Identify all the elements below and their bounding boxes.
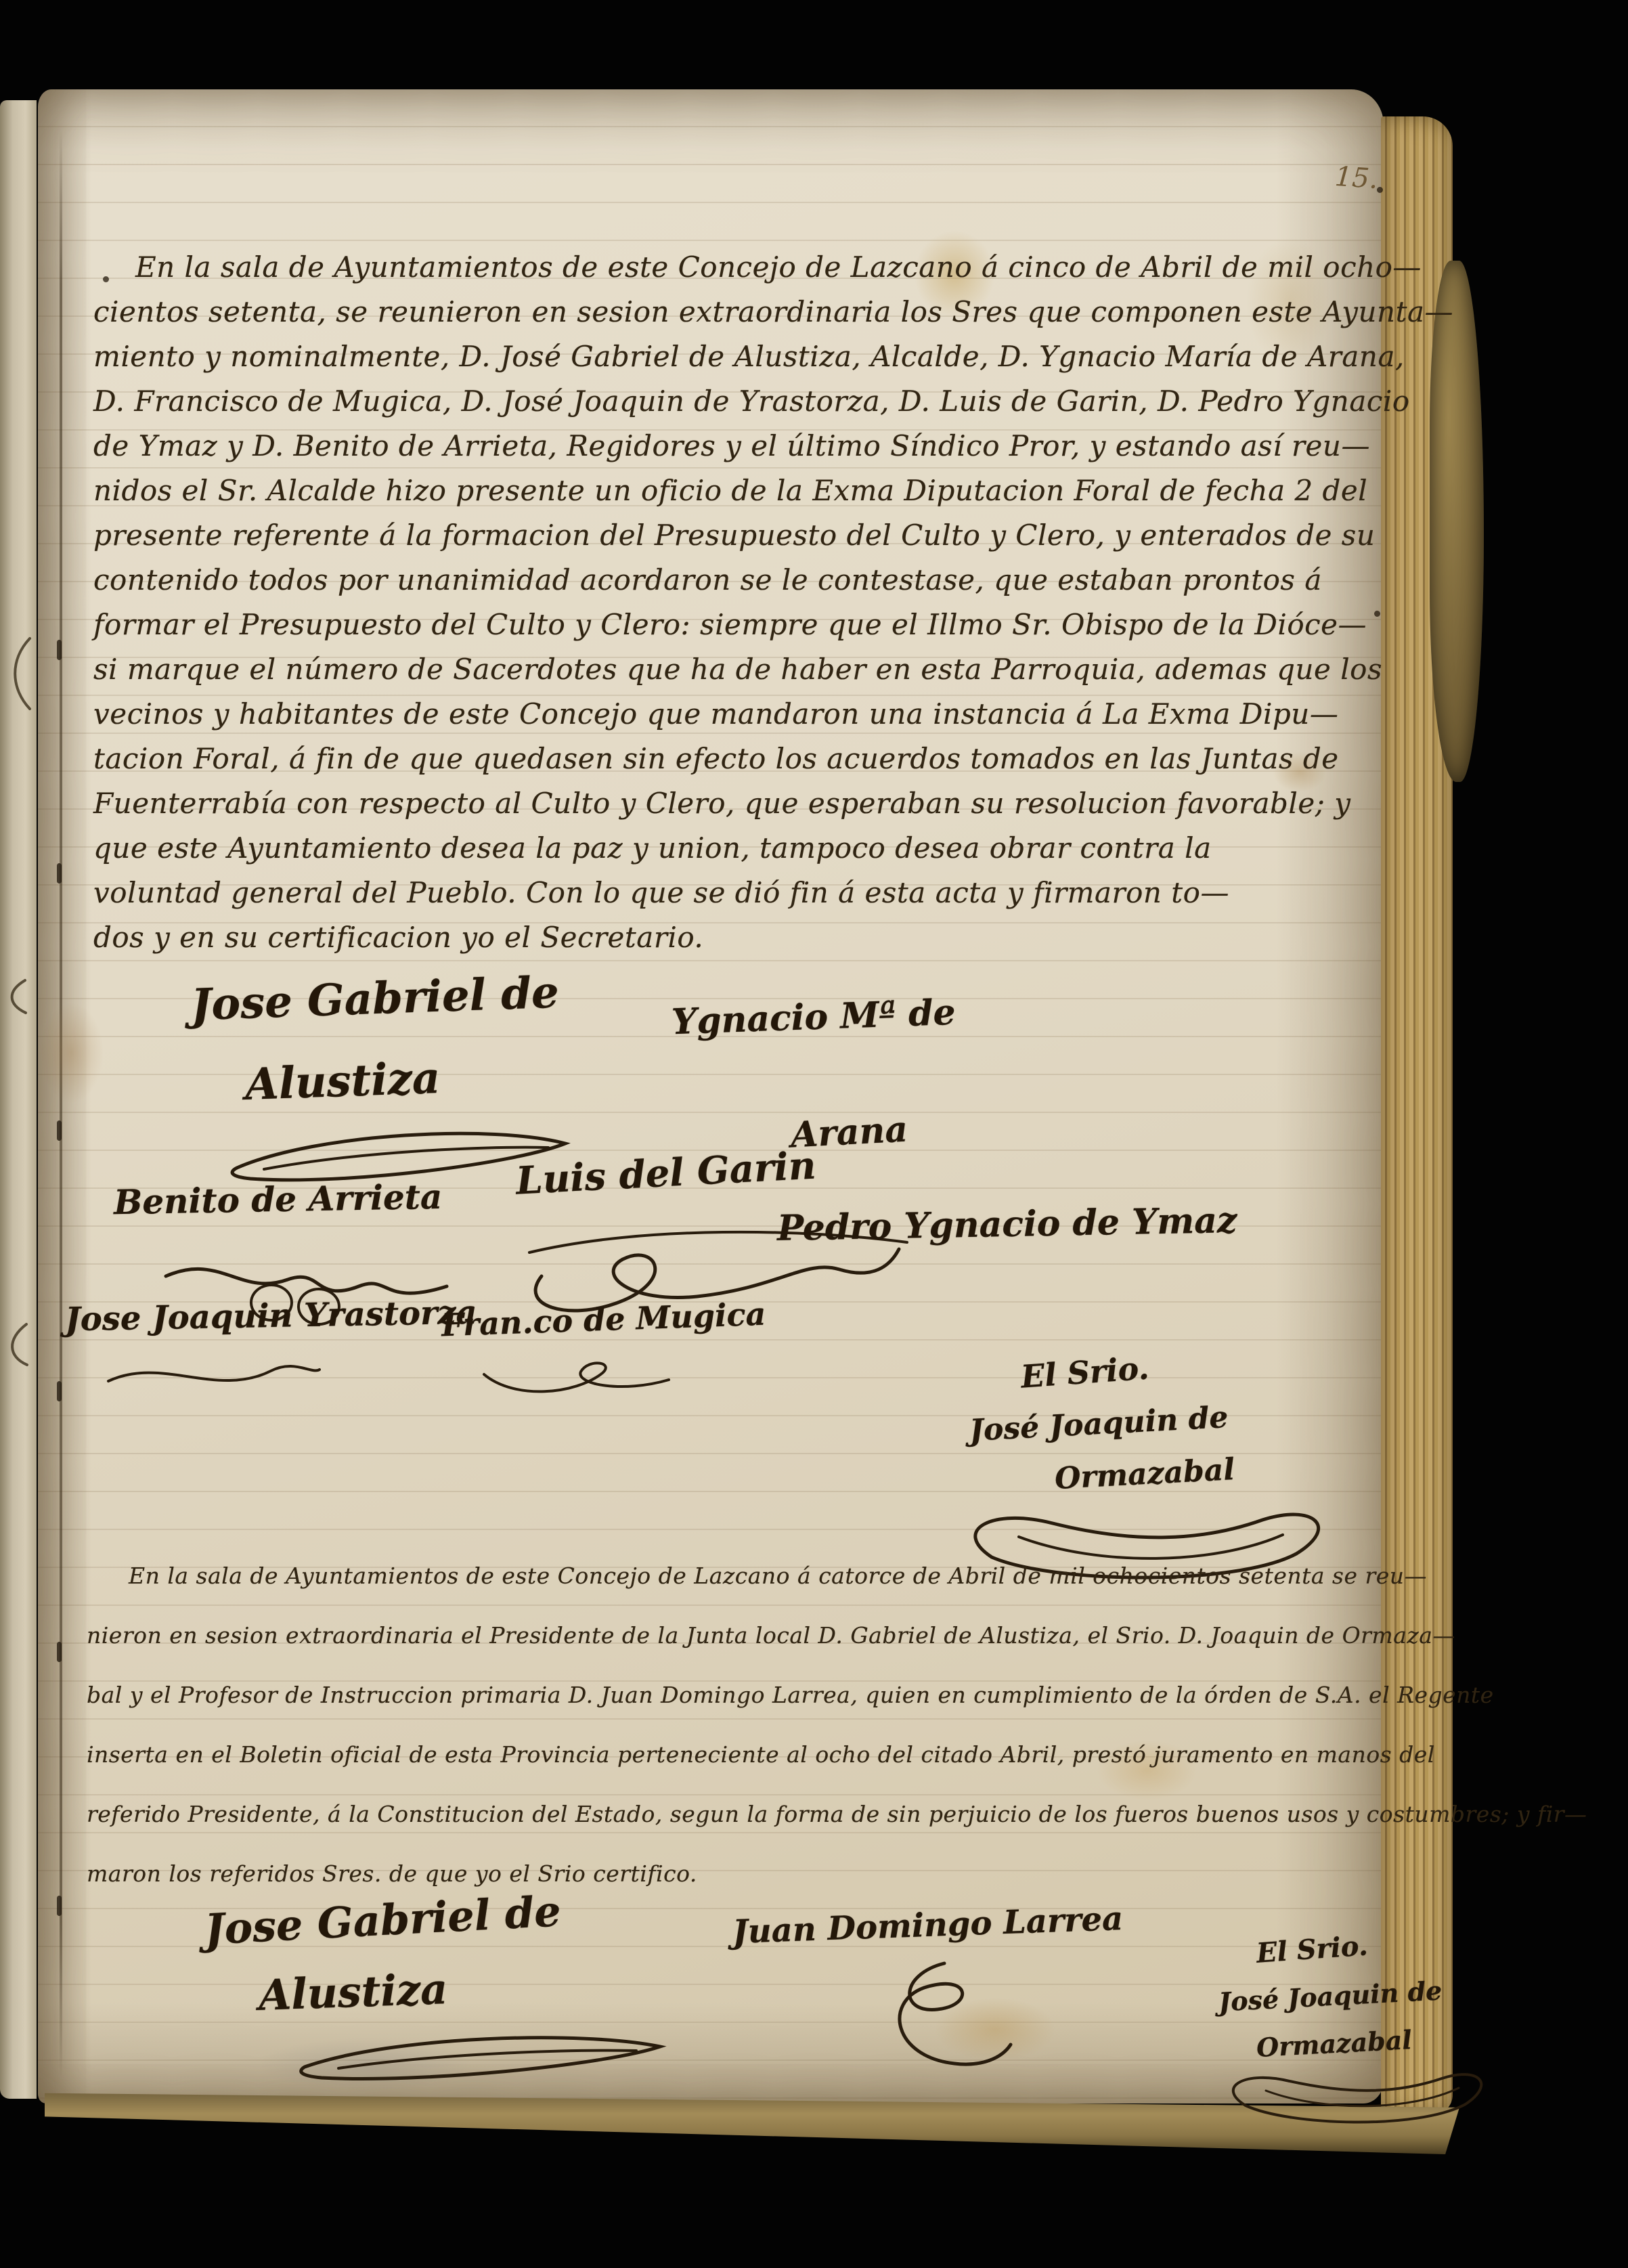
paper-speck: [1377, 187, 1383, 193]
manuscript-line: voluntad general del Pueblo. Con lo que …: [93, 871, 1453, 915]
manuscript-line: cientos setenta, se reunieron en sesion …: [93, 290, 1453, 334]
signature-imaz: Pedro Ygnacio de Ymaz: [777, 1200, 1237, 1249]
signature-alustiza-line2: Alustiza: [244, 1053, 441, 1110]
signature2-rubric-ormazabal: [1208, 2064, 1499, 2131]
previous-page-edge: [0, 100, 37, 2099]
prev-page-ink-mark: [1, 1320, 30, 1369]
manuscript-line: D. Francisco de Mugica, D. José Joaquin …: [93, 379, 1453, 424]
binding-stitch: [57, 863, 62, 884]
signature-arrieta: Benito de Arrieta: [114, 1177, 443, 1222]
manuscript-line: vecinos y habitantes de este Concejo que…: [93, 692, 1453, 737]
prev-page-ink-mark: [0, 633, 32, 714]
manuscript-line: que este Ayuntamiento desea la paz y uni…: [93, 826, 1453, 871]
manuscript-line: miento y nominalmente, D. José Gabriel d…: [93, 334, 1453, 379]
signature2-rubric-alustiza: [291, 2028, 684, 2095]
manuscript-line: dos y en su certificacion yo el Secretar…: [93, 915, 1453, 960]
manuscript-line: En la sala de Ayuntamientos de este Conc…: [87, 1546, 1587, 1606]
manuscript-line: bal y el Profesor de Instruccion primari…: [87, 1665, 1587, 1725]
book-photo: 15. En la sala de Ayuntamientos de este …: [0, 0, 1628, 2268]
manuscript-line: tacion Foral, á fin de que quedasen sin …: [93, 737, 1453, 781]
signature-rubric-mugica: [474, 1354, 677, 1405]
binding-stitch: [57, 640, 62, 660]
signature2-alustiza-line2: Alustiza: [258, 1964, 449, 2020]
manuscript-line: formar el Presupuesto del Culto y Clero:…: [93, 603, 1453, 647]
binding-stitch: [57, 1642, 62, 1662]
manuscript-line: nieron en sesion extraordinaria el Presi…: [87, 1606, 1587, 1665]
manuscript-line: contenido todos por unanimidad acordaron…: [93, 558, 1453, 603]
manuscript-line: referido Presidente, á la Constitucion d…: [87, 1785, 1587, 1844]
manuscript-line: inserta en el Boletin oficial de esta Pr…: [87, 1725, 1587, 1785]
signature2-rubric-larrea: [836, 1955, 1026, 2084]
prev-page-ink-mark: [0, 975, 28, 1017]
folio-number: 15.: [1334, 161, 1379, 195]
manuscript-line: Fuenterrabía con respecto al Culto y Cle…: [93, 781, 1453, 826]
signature-rubric-irastorza: [102, 1351, 325, 1405]
acta-1870-04-14-text: En la sala de Ayuntamientos de este Conc…: [87, 1546, 1587, 1904]
manuscript-line: maron los referidos Sres. de que yo el S…: [87, 1844, 1587, 1904]
binding-stitch: [57, 1381, 62, 1401]
binding-stitch: [57, 1120, 62, 1141]
manuscript-line: presente referente á la formacion del Pr…: [93, 513, 1453, 558]
manuscript-line: nidos el Sr. Alcalde hizo presente un of…: [93, 468, 1453, 513]
binding-gutter-crease: [60, 129, 62, 2078]
acta-1870-04-05-text: En la sala de Ayuntamientos de este Conc…: [93, 245, 1453, 960]
manuscript-line: si marque el número de Sacerdotes que ha…: [93, 647, 1453, 692]
manuscript-line: En la sala de Ayuntamientos de este Conc…: [93, 245, 1453, 290]
binding-stitch: [57, 1896, 62, 1916]
signature-irastorza: Jose Joaquin Yrastorza: [65, 1294, 478, 1339]
manuscript-line: de Ymaz y D. Benito de Arrieta, Regidore…: [93, 424, 1453, 468]
